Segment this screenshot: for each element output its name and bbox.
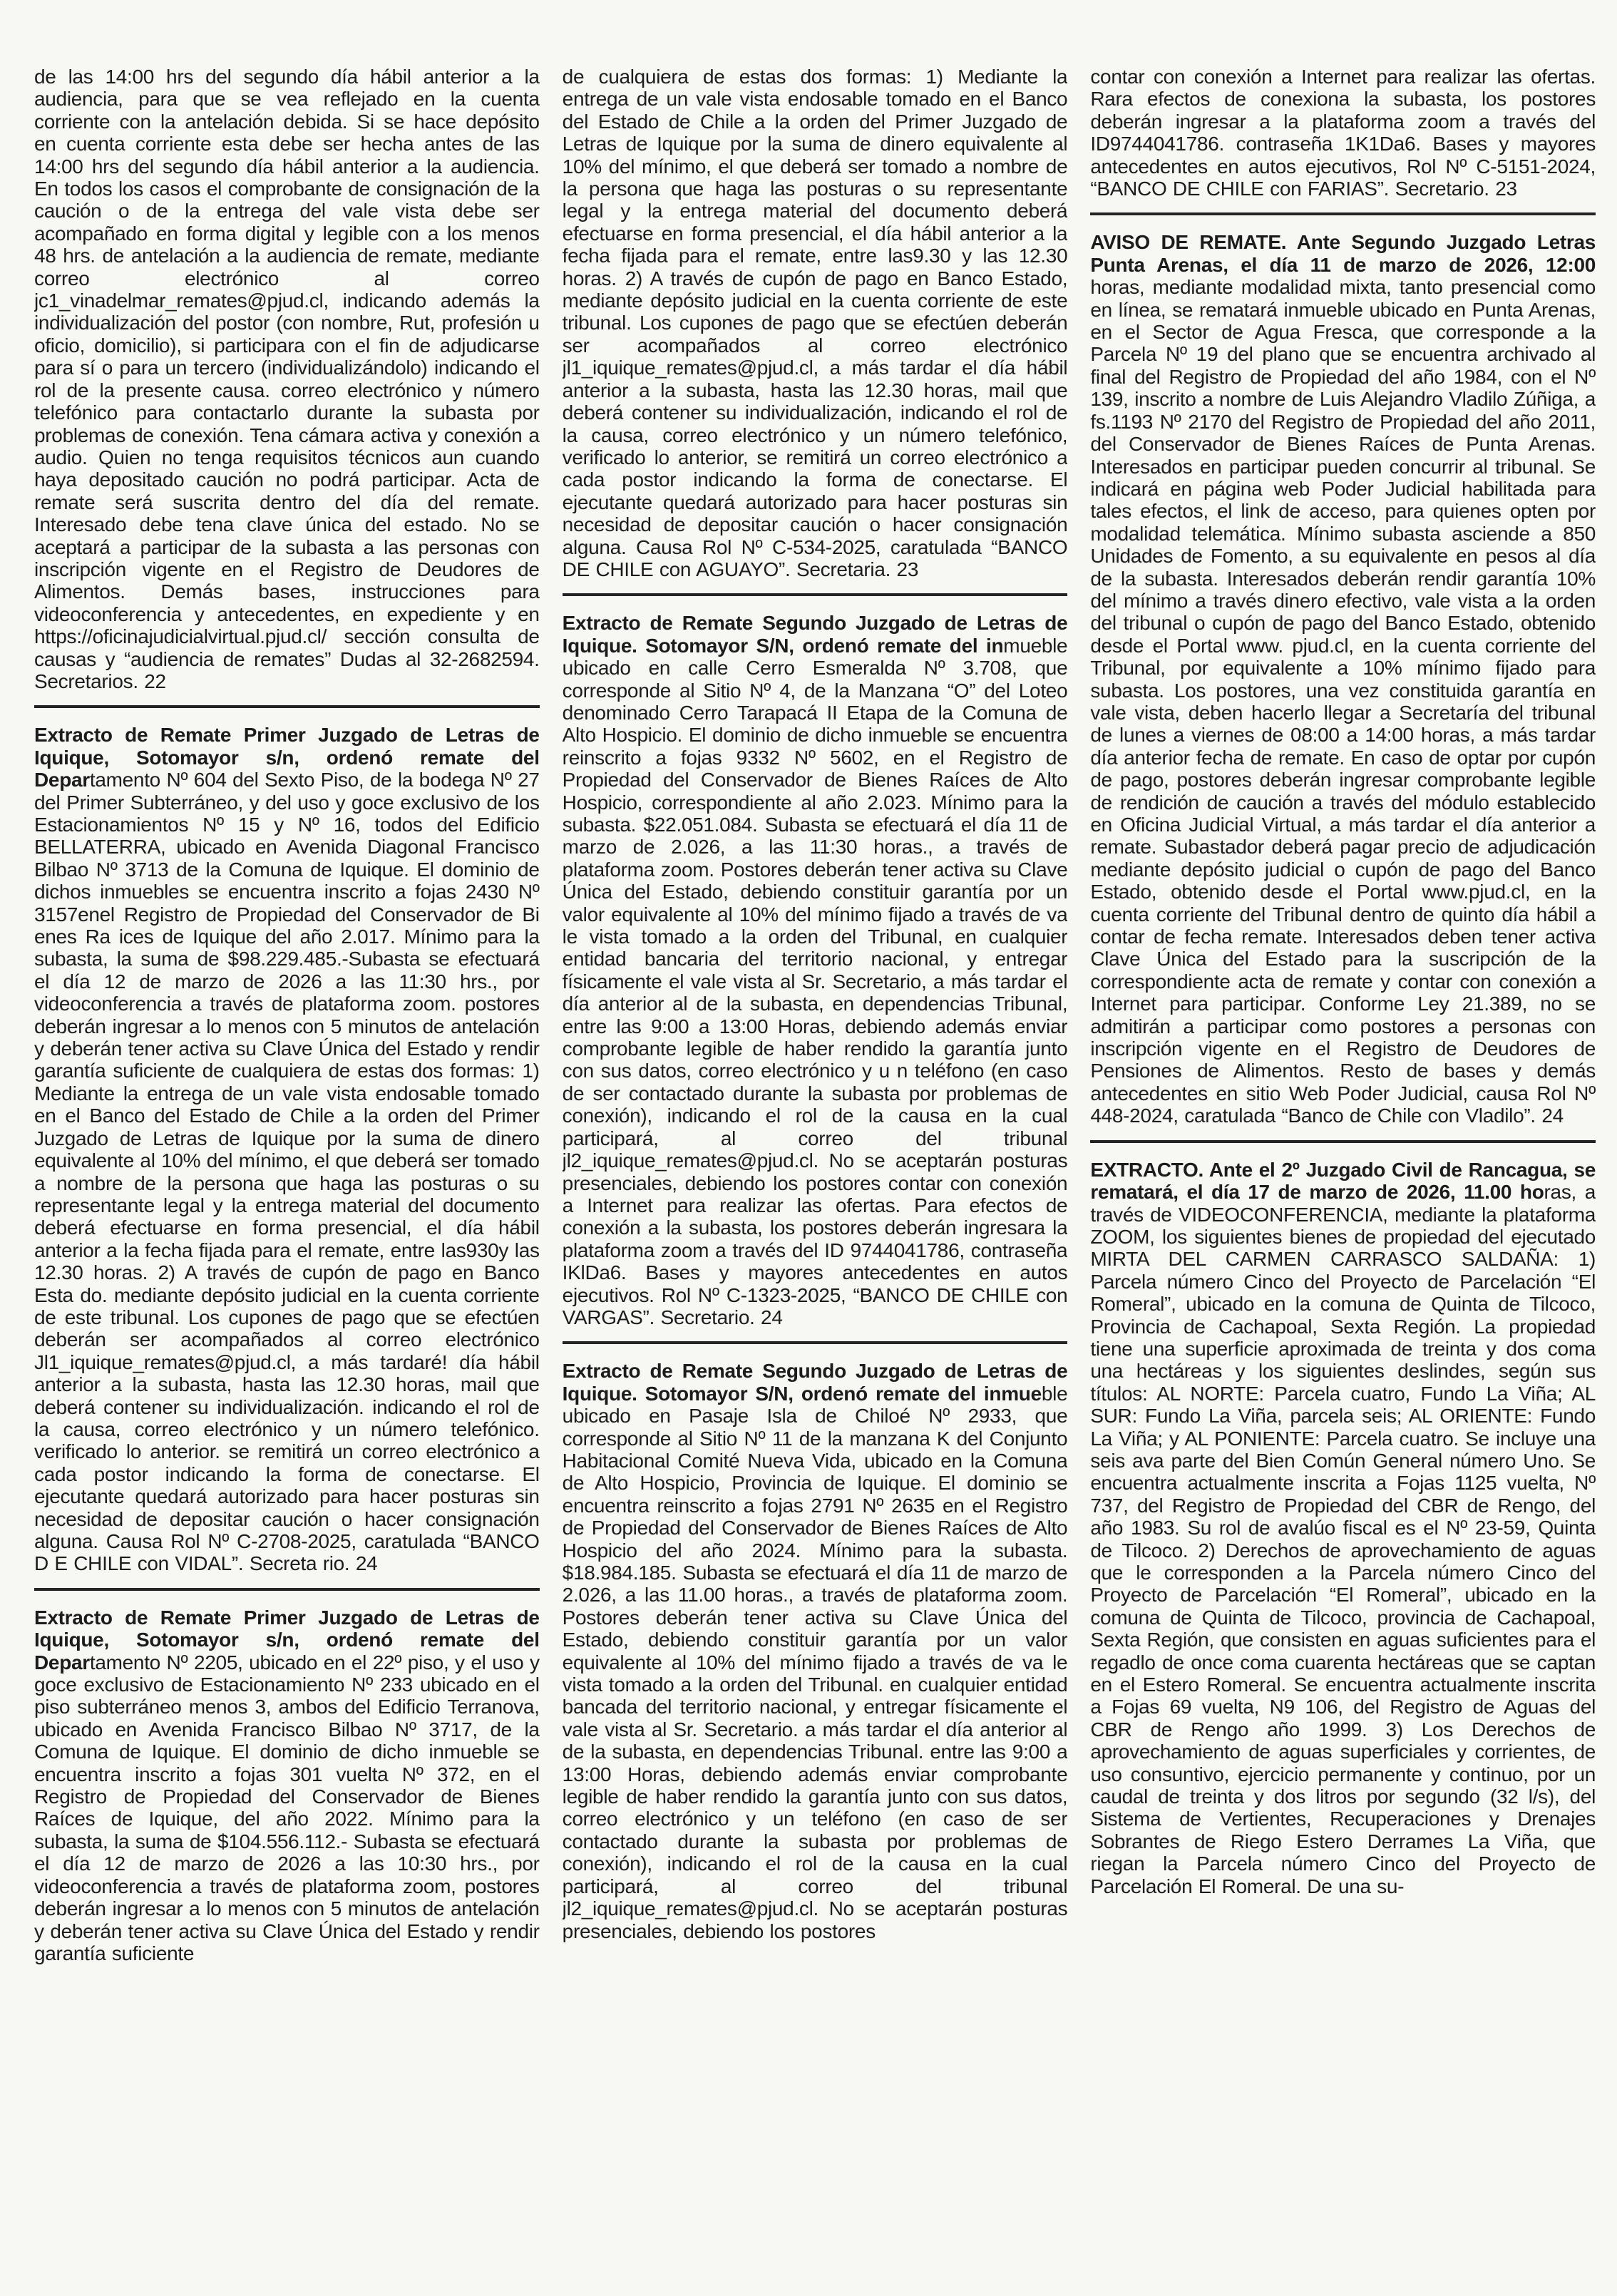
legal-notice: Extracto de Remate Primer Juzgado de Let… xyxy=(34,724,540,1574)
legal-notice: de cualquiera de estas dos formas: 1) Me… xyxy=(563,66,1068,580)
notice-body: mueble ubicado en calle Cerro Esmeralda … xyxy=(563,635,1068,1328)
notice-divider xyxy=(1090,1140,1596,1143)
notice-lead: Extracto de Remate Segundo Juzgado de Le… xyxy=(563,612,1068,656)
notice-body: tamento Nº 2205, ubicado en el 22º piso,… xyxy=(34,1651,540,1964)
notice-divider xyxy=(34,705,540,708)
legal-notice: EXTRACTO. Ante el 2º Juzgado Civil de Ra… xyxy=(1090,1159,1596,1897)
notice-column-3: contar con conexión a Internet para real… xyxy=(1090,66,1596,2267)
notice-body: de las 14:00 hrs del segundo día hábil a… xyxy=(34,66,540,692)
notice-column-1: de las 14:00 hrs del segundo día hábil a… xyxy=(34,66,540,2267)
legal-notice: AVISO DE REMATE. Ante Segundo Juzgado Le… xyxy=(1090,231,1596,1127)
notice-divider xyxy=(563,593,1068,596)
notice-body: contar con conexión a Internet para real… xyxy=(1090,66,1596,200)
legal-notice: Extracto de Remate Segundo Juzgado de Le… xyxy=(563,1360,1068,1942)
notice-body: horas, mediante modalidad mixta, tanto p… xyxy=(1090,276,1596,1127)
notice-divider xyxy=(1090,212,1596,215)
notice-columns: de las 14:00 hrs del segundo día hábil a… xyxy=(34,66,1596,2267)
legal-notice: Extracto de Remate Primer Juzgado de Let… xyxy=(34,1606,540,1965)
legal-notice: Extracto de Remate Segundo Juzgado de Le… xyxy=(563,612,1068,1328)
notice-body: tamento Nº 604 del Sexto Piso, de la bod… xyxy=(34,769,540,1574)
notice-divider xyxy=(563,1341,1068,1344)
notice-body: de cualquiera de estas dos formas: 1) Me… xyxy=(563,66,1068,580)
legal-notice: contar con conexión a Internet para real… xyxy=(1090,66,1596,200)
notice-body: ble ubicado en Pasaje Isla de Chiloé Nº … xyxy=(563,1383,1068,1942)
notice-divider xyxy=(34,1588,540,1591)
notice-lead: AVISO DE REMATE. Ante Segundo Juzgado Le… xyxy=(1090,231,1596,275)
legal-notices-page: de las 14:00 hrs del segundo día hábil a… xyxy=(0,0,1617,2296)
notice-lead: Extracto de Remate Segundo Juzgado de Le… xyxy=(563,1360,1068,1404)
notice-column-2: de cualquiera de estas dos formas: 1) Me… xyxy=(563,66,1068,2267)
notice-body: ras, a través de VIDEOCONFERENCIA, media… xyxy=(1090,1181,1596,1897)
notice-lead: EXTRACTO. Ante el 2º Juzgado Civil de Ra… xyxy=(1090,1159,1596,1203)
legal-notice: de las 14:00 hrs del segundo día hábil a… xyxy=(34,66,540,692)
